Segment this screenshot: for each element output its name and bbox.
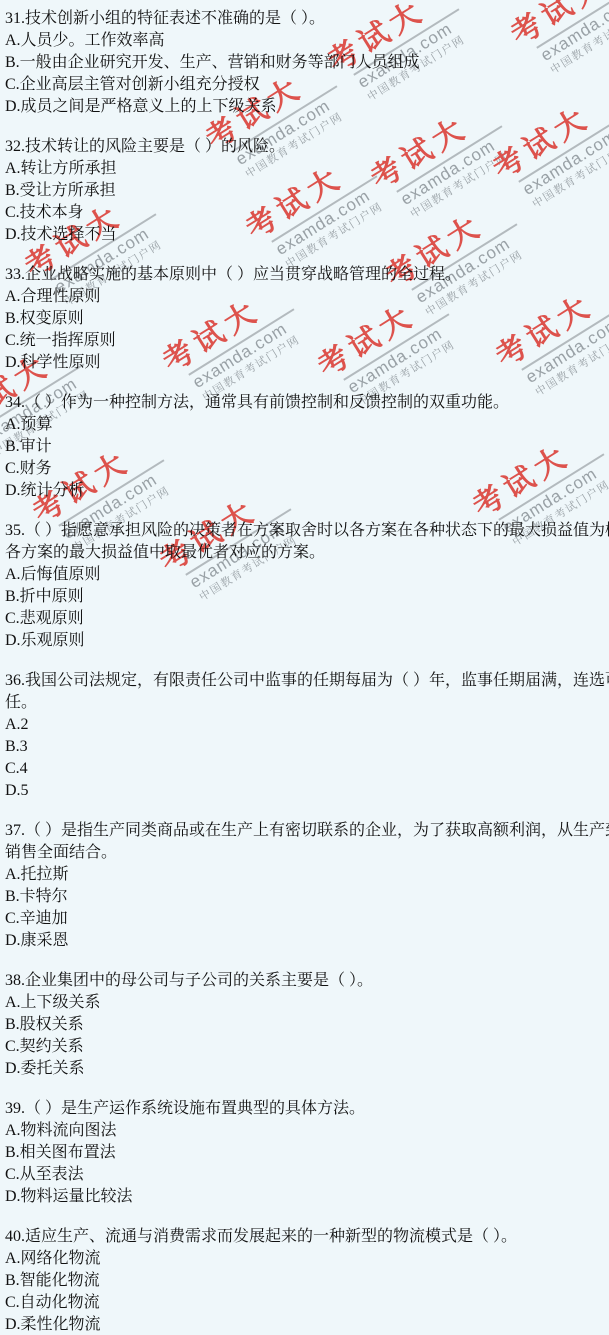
question-option: D.柔性化物流 <box>5 1314 609 1335</box>
question-stem-line: 任。 <box>5 692 609 714</box>
question-option: B.智能化物流 <box>5 1270 609 1292</box>
question-option: C.统一指挥原则 <box>5 330 609 352</box>
question-option: D.科学性原则 <box>5 352 609 374</box>
question-option: D.统计分析 <box>5 480 609 502</box>
question-option: A.人员少。工作效率高 <box>5 30 609 52</box>
question-option: B.3 <box>5 736 609 758</box>
question-stem-line: 36.我国公司法规定，有限责任公司中监事的任期每届为（ ）年，监事任期届满，连选… <box>5 670 609 692</box>
question-option: C.悲观原则 <box>5 608 609 630</box>
question-option: B.审计 <box>5 436 609 458</box>
question-option: A.物料流向图法 <box>5 1120 609 1142</box>
question-option: D.委托关系 <box>5 1058 609 1080</box>
question-option: A.合理性原则 <box>5 286 609 308</box>
question-stem-line: 32.技术转让的风险主要是（ ）的风险。 <box>5 136 609 158</box>
question-34: 34.（ ）作为一种控制方法，通常具有前馈控制和反馈控制的双重功能。A.预算B.… <box>5 392 609 502</box>
question-36: 36.我国公司法规定，有限责任公司中监事的任期每届为（ ）年，监事任期届满，连选… <box>5 670 609 802</box>
question-stem-line: 31.技术创新小组的特征表述不准确的是（ ）。 <box>5 8 609 30</box>
question-option: D.技术选择不当 <box>5 224 609 246</box>
question-stem-line: 各方案的最大损益值中取最优者对应的方案。 <box>5 542 609 564</box>
question-option: C.4 <box>5 758 609 780</box>
question-32: 32.技术转让的风险主要是（ ）的风险。A.转让方所承担B.受让方所承担C.技术… <box>5 136 609 246</box>
question-option: D.成员之间是严格意义上的上下级关系 <box>5 96 609 118</box>
question-option: A.上下级关系 <box>5 992 609 1014</box>
question-stem-line: 35.（ ）指愿意承担风险的决策者在方案取舍时以各方案在各种状态下的最大损益值为… <box>5 520 609 542</box>
question-option: C.自动化物流 <box>5 1292 609 1314</box>
question-option: A.预算 <box>5 414 609 436</box>
question-option: C.契约关系 <box>5 1036 609 1058</box>
question-option: C.企业高层主管对创新小组充分授权 <box>5 74 609 96</box>
question-stem-line: 40.适应生产、流通与消费需求而发展起来的一种新型的物流模式是（ ）。 <box>5 1226 609 1248</box>
question-option: B.权变原则 <box>5 308 609 330</box>
question-option: D.康采恩 <box>5 930 609 952</box>
question-option: C.从至表法 <box>5 1164 609 1186</box>
question-option: D.5 <box>5 780 609 802</box>
question-option: A.转让方所承担 <box>5 158 609 180</box>
question-option: A.网络化物流 <box>5 1248 609 1270</box>
question-option: D.物料运量比较法 <box>5 1186 609 1208</box>
question-40: 40.适应生产、流通与消费需求而发展起来的一种新型的物流模式是（ ）。A.网络化… <box>5 1226 609 1335</box>
question-stem-line: 37.（ ）是指生产同类商品或在生产上有密切联系的企业，为了获取高额利润，从生产… <box>5 820 609 842</box>
question-stem-line: 34.（ ）作为一种控制方法，通常具有前馈控制和反馈控制的双重功能。 <box>5 392 609 414</box>
question-31: 31.技术创新小组的特征表述不准确的是（ ）。A.人员少。工作效率高B.一般由企… <box>5 8 609 118</box>
question-stem-line: 33.企业战略实施的基本原则中（ ）应当贯穿战略管理的全过程。 <box>5 264 609 286</box>
question-option: B.卡特尔 <box>5 886 609 908</box>
question-option: C.技术本身 <box>5 202 609 224</box>
question-stem-line: 销售全面结合。 <box>5 842 609 864</box>
question-option: B.受让方所承担 <box>5 180 609 202</box>
exam-question-list: 31.技术创新小组的特征表述不准确的是（ ）。A.人员少。工作效率高B.一般由企… <box>0 0 609 1335</box>
question-33: 33.企业战略实施的基本原则中（ ）应当贯穿战略管理的全过程。A.合理性原则B.… <box>5 264 609 374</box>
question-option: A.2 <box>5 714 609 736</box>
question-option: C.辛迪加 <box>5 908 609 930</box>
question-37: 37.（ ）是指生产同类商品或在生产上有密切联系的企业，为了获取高额利润，从生产… <box>5 820 609 952</box>
question-39: 39.（ ）是生产运作系统设施布置典型的具体方法。A.物料流向图法B.相关图布置… <box>5 1098 609 1208</box>
question-stem-line: 38.企业集团中的母公司与子公司的关系主要是（ ）。 <box>5 970 609 992</box>
question-option: B.一般由企业研究开发、生产、营销和财务等部门人员组成 <box>5 52 609 74</box>
question-option: B.相关图布置法 <box>5 1142 609 1164</box>
question-stem-line: 39.（ ）是生产运作系统设施布置典型的具体方法。 <box>5 1098 609 1120</box>
question-option: C.财务 <box>5 458 609 480</box>
question-option: B.折中原则 <box>5 586 609 608</box>
question-option: B.股权关系 <box>5 1014 609 1036</box>
question-35: 35.（ ）指愿意承担风险的决策者在方案取舍时以各方案在各种状态下的最大损益值为… <box>5 520 609 652</box>
question-option: A.托拉斯 <box>5 864 609 886</box>
question-option: D.乐观原则 <box>5 630 609 652</box>
question-option: A.后悔值原则 <box>5 564 609 586</box>
question-38: 38.企业集团中的母公司与子公司的关系主要是（ ）。A.上下级关系B.股权关系C… <box>5 970 609 1080</box>
